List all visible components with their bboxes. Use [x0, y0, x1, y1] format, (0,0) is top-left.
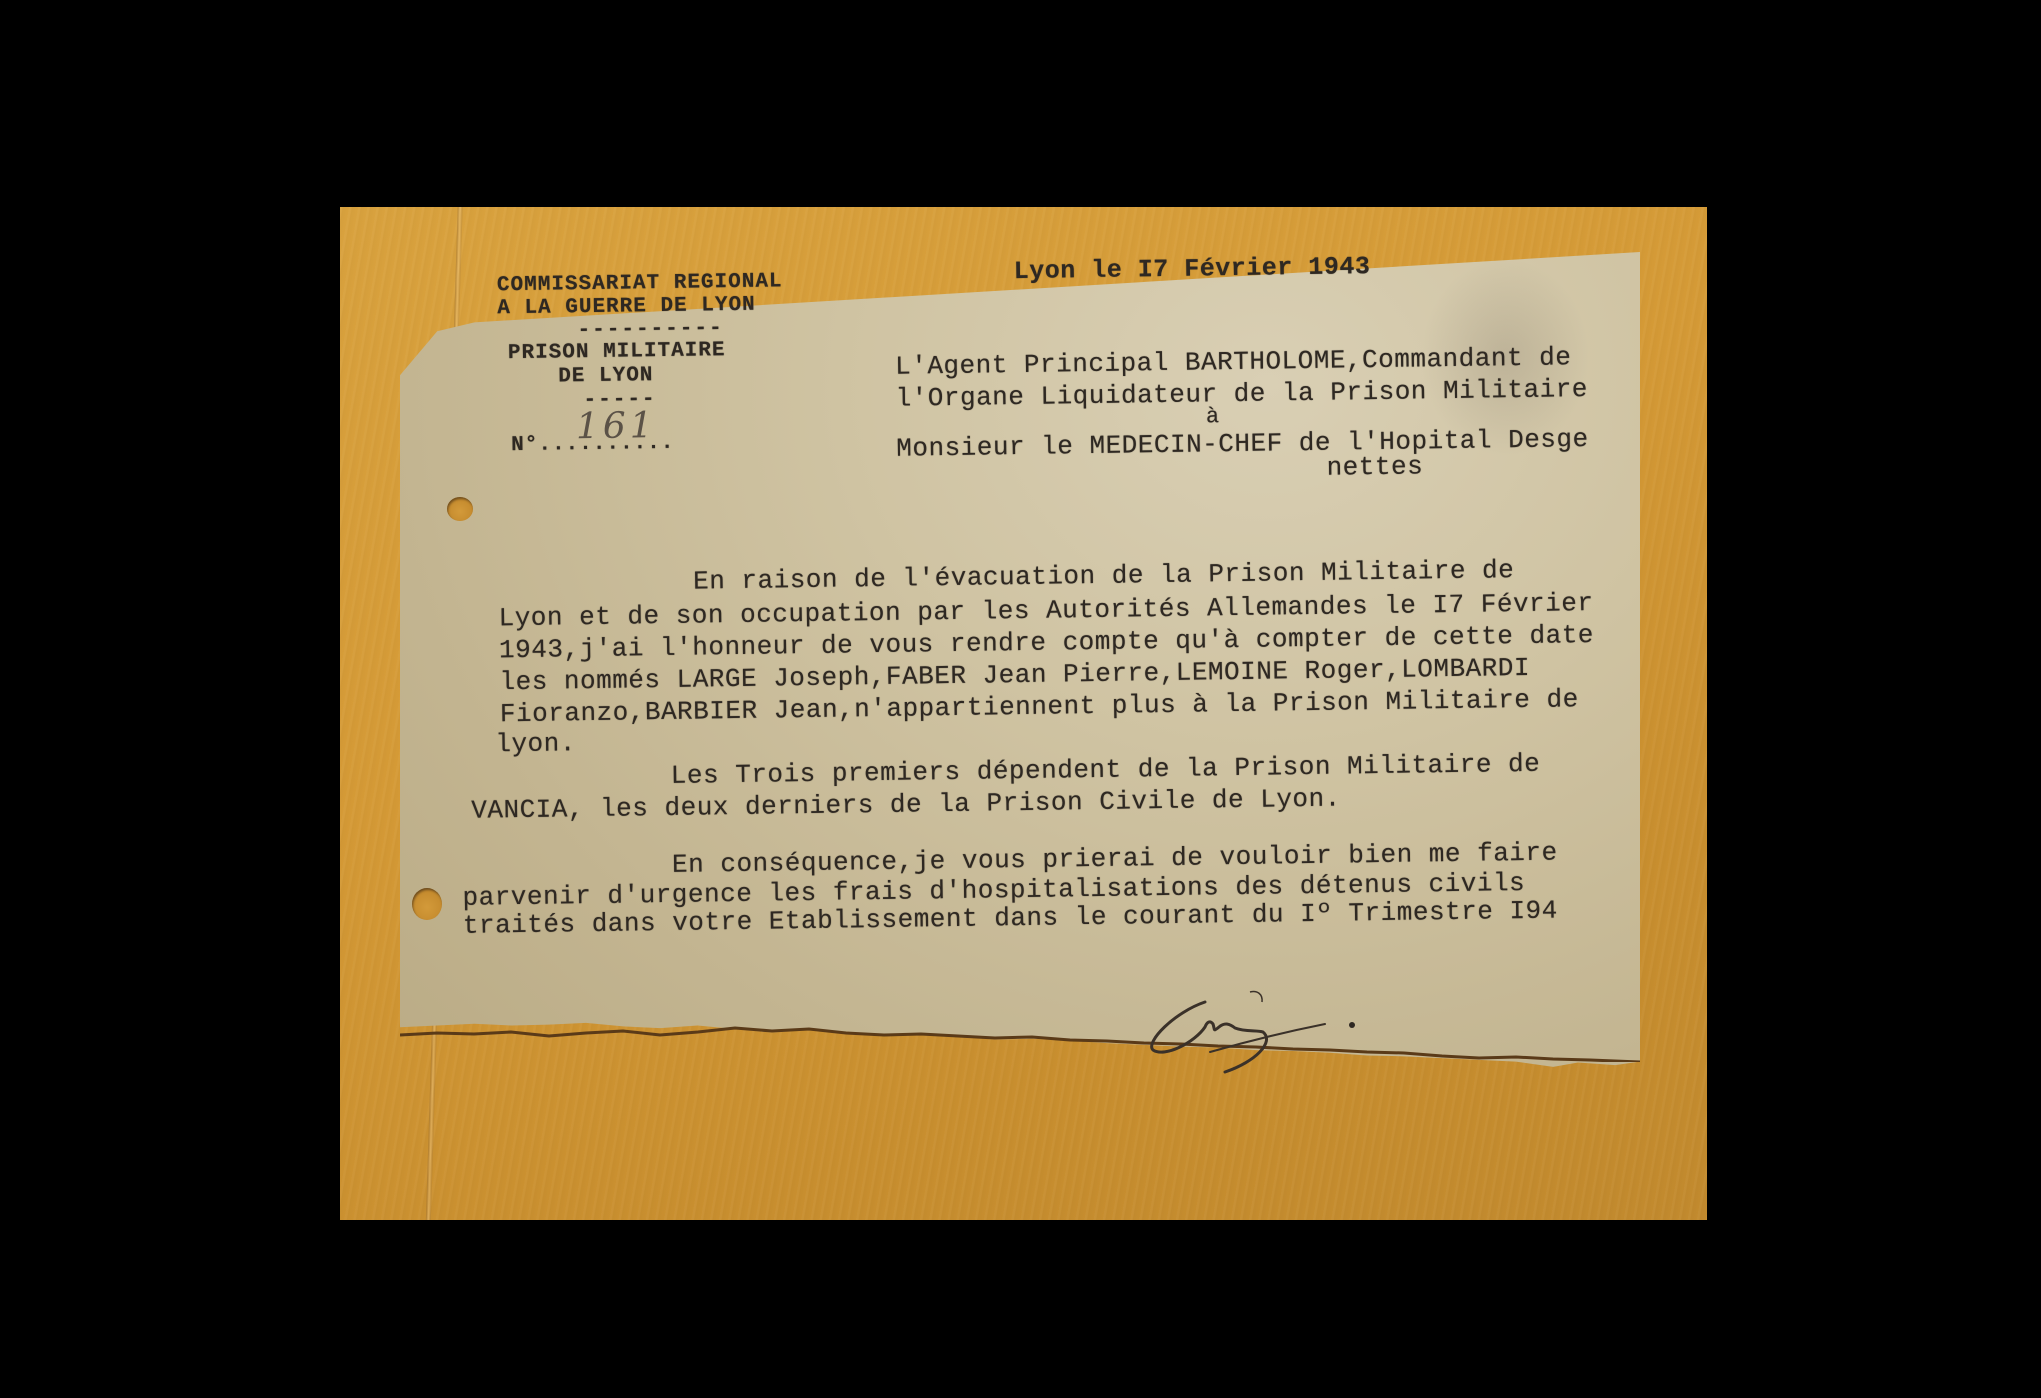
body-p1-line-6: lyon. [495, 728, 576, 759]
header-line-4: DE LYON [558, 364, 654, 388]
date-line: Lyon le I7 Février 1943 [1014, 252, 1371, 286]
addressee-line-4: Monsieur le MEDECIN-CHEF de l'Hopital De… [896, 424, 1589, 464]
header-line-3: PRISON MILITAIRE [508, 339, 726, 365]
handwritten-signature [1135, 972, 1365, 1082]
addressee-line-5: nettes [1326, 451, 1423, 482]
document-photo: COMMISSARIAT REGIONAL A LA GUERRE DE LYO… [340, 207, 1707, 1220]
body-p2-line-1: Les Trois premiers dépendent de la Priso… [671, 749, 1541, 791]
header-separator-1: ---------- [577, 317, 723, 342]
reference-number-handwritten: 161 [576, 405, 657, 447]
body-p2-line-2: VANCIA, les deux derniers de la Prison C… [471, 784, 1341, 826]
letter-text: COMMISSARIAT REGIONAL A LA GUERRE DE LYO… [340, 207, 1707, 1220]
addressee-line-3: à [1206, 404, 1220, 429]
